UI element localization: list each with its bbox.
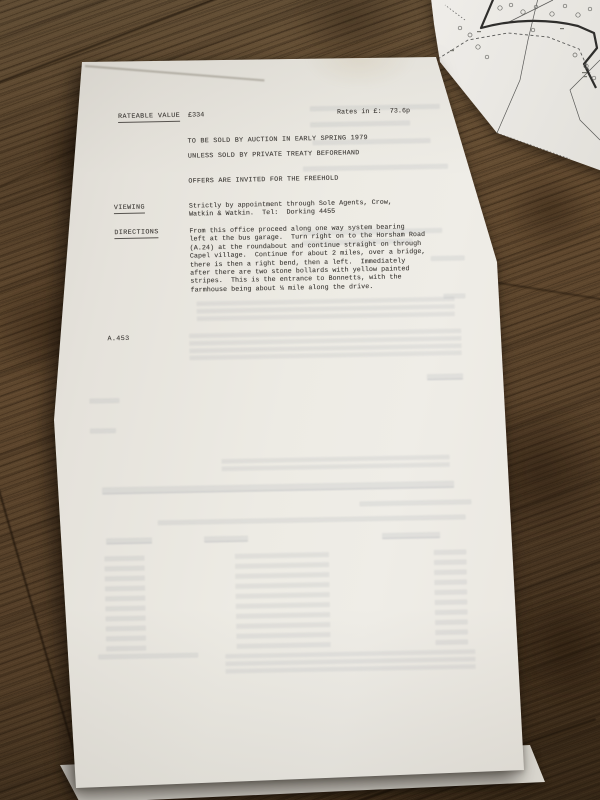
auction-line-2: UNLESS SOLD BY PRIVATE TREATY BEFOREHAND	[188, 149, 360, 161]
auction-line-1: TO BE SOLD BY AUCTION IN EARLY SPRING 19…	[187, 134, 367, 146]
reference-number: A.453	[107, 335, 129, 344]
directions-label: DIRECTIONS	[114, 228, 159, 239]
viewing-line: Watkin & Watkin. Tel: Dorking 4455	[189, 208, 335, 219]
viewing-label: VIEWING	[114, 204, 145, 215]
rateable-value-amount: £334	[188, 111, 204, 120]
rateable-value-label: RATEABLE VALUE	[118, 112, 180, 123]
document-sheet: RATEABLE VALUE £334 Rates in £: 73.6p TO…	[0, 0, 600, 800]
typed-text-layer: RATEABLE VALUE £334 Rates in £: 73.6p TO…	[0, 0, 600, 800]
rates-line: Rates in £: 73.6p	[337, 107, 410, 117]
scene: RATEABLE VALUE £334 Rates in £: 73.6p TO…	[0, 0, 600, 800]
offers-line: OFFERS ARE INVITED FOR THE FREEHOLD	[188, 175, 338, 186]
document-sheet-wrap: RATEABLE VALUE £334 Rates in £: 73.6p TO…	[0, 0, 600, 800]
